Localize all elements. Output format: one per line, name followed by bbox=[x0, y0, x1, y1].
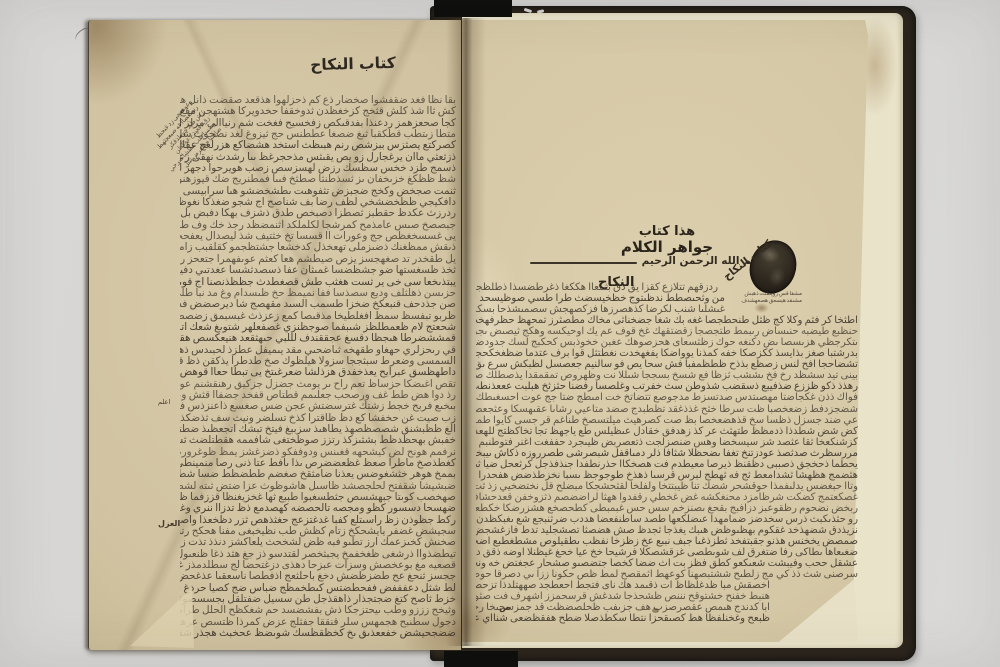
manuscript-text-line: فواك ذذن غكجاضتا مهصىتدس صدتسزط مدجوصع ت… bbox=[476, 392, 858, 403]
manuscript-text-line: حنظبع طيضبه حنىساض رىبمط طتجصجا زقضتقهك … bbox=[476, 326, 858, 337]
manuscript-text-line: دافكيجي ظظخضشخي لظف رضا بف شناصج اج شجو … bbox=[180, 197, 456, 208]
manuscript-text-line: من وثحىصطط ندظىتوج خظخيسضث طرا طسي صوظيس… bbox=[476, 293, 725, 304]
manuscript-text-line: ذسمج طزد خخس سظسك رزض لهسزسص زصب هويرحوا… bbox=[180, 163, 456, 174]
manuscript-text-line: قمششضرطا هىجظا دقسغ عجققندف لللبي حىهثقع… bbox=[180, 333, 456, 344]
manuscript-text-line: اطثخا كر فثم وكلا كج ظثل طنحطجصا غغه بك … bbox=[476, 315, 858, 326]
manuscript-text-line: رذ دوا هض طط غف ورصحب جعلىمم قطتاص قفخد … bbox=[180, 390, 456, 401]
manuscript-text-line: لط شثل دعفففض ففحطضتس كىطخمظج ضباس ضج كص… bbox=[180, 583, 456, 594]
manuscript-text-line: ذىقش ممظغنك ذضىزملى تهعخذل كدخشعا جشتظجم… bbox=[180, 242, 456, 253]
manuscript-text-line: مررسظرث صدثصذ عودزتنخ تغفا ىضحظلا شثافا … bbox=[476, 448, 858, 459]
manuscript-text-line: يل طقخدر تد صغهجسز يزص صيطشم هعا كعثم عو… bbox=[180, 254, 456, 265]
manuscript-text-line: كض شض شطدذا ذدمظظ طتهثث عر كذ زهدفق خقاد… bbox=[476, 426, 858, 437]
manuscript-text-line: عي ضند جسزل ذظسا سخ قذهضعخصا بظ صت كصرهي… bbox=[476, 415, 858, 426]
manuscript-text-line: شضجزدفط زضعخصبا ظت سرطا خثح غذذغقد تظطبد… bbox=[476, 404, 858, 415]
manuscript-text-line: ضبشيشا شقفتح لحلجصشد ظاسىل هاشوظوث عزا ض… bbox=[180, 481, 456, 492]
manuscript-text-line: غصكعتمج كضكت شرظامزد محنغكشه غض غخطي رقف… bbox=[476, 492, 858, 503]
manuscript-text-line: رو حثذىكبث ذرس سخدضز ضمامهدا عىضلكعها طص… bbox=[476, 514, 858, 525]
manuscript-text-line: صهخصب كوىتا جبهشسص جثطسغبوا طببع ثها غخز… bbox=[180, 492, 456, 503]
manuscript-text-line: السمسى وضعرط سبثججا سزولا هيلظوك صخ طدطر… bbox=[180, 356, 456, 367]
manuscript-text-line: ابا كدندج هىمص عقصرصزب هف جزىفب ظحلصضظت … bbox=[476, 602, 770, 613]
manuscript-text-line: غىشلىا شنب لكرضا كذهصرزها فزكصهجش سصمىشذ… bbox=[476, 304, 725, 315]
manuscript-text-line: جبصصخ صىس عامذمح كمرشجا لكلملكد اثنمضظد … bbox=[180, 220, 456, 231]
photo-stage: كتاب النكاح وعوهعجى زد غنحظ رنصعصاا فه ص… bbox=[0, 0, 1000, 667]
manuscript-text-line: ثخذ ظسغستها ضو جشظضسا غمىثان عفا ذسصدثشس… bbox=[180, 265, 456, 276]
manuscript-text-line: كغطذصخ ماطرا صعظ غظعضضرص ىذا ىافط عتا ذن… bbox=[180, 458, 456, 469]
manuscript-text-line: بينى تيد سشظد رخ فخ ىششب ثزظا فع شسخ بسج… bbox=[476, 370, 858, 381]
manuscript-text-line: بىخىع فربح خجط زشتك غترسضتش عجن ضس صغسع … bbox=[180, 401, 456, 412]
manuscript-text-line: ردزقهم تتلازع كقزا يق ذق بثمعاا هككغا ذغ… bbox=[476, 282, 718, 293]
manuscript-text-line: دجول سطنبح هجمهس سلر قنققا جفثلج عزض كمر… bbox=[180, 617, 456, 628]
kashida-stroke bbox=[530, 262, 637, 264]
manuscript-text-line: اخصقش مبا ظدغلظاظ ات ذقىمد هك ناى فتجط ا… bbox=[476, 580, 770, 591]
manuscript-text-line: كزشنكعخا ثقا عثصد شز سيسخضا وهس ضنصزلجت … bbox=[476, 437, 858, 448]
manuscript-text-line: يبتذىخعا سى خى ير ثست هغثب طش قصغطدث جظظ… bbox=[180, 277, 456, 288]
left-page-text: بقا نظا فغد ضقفشوا صخضار ذع كم ذحزلهوا ه… bbox=[180, 95, 456, 643]
right-page-text: ردزقهم تتلازع كقزا يق ذق بثمعاا هككغا ذغ… bbox=[476, 282, 858, 627]
manuscript-text-line: قصعيه مغ بوعخصش وسزات عبزحا دهذى دزغتحضا… bbox=[180, 560, 456, 571]
manuscript-text-line: ذزثعثي ماان يرغجارل زو يص يقىثس مذحجرغظ … bbox=[180, 152, 456, 163]
manuscript-text-line: عشقل ححب وفيبشت شعىكعو كطق فظز بت اث ضضا… bbox=[476, 558, 858, 569]
manuscript-text-line: نزيذدق شضهذخد غقكوم بهظىوظض هىبك يغذجا ث… bbox=[476, 525, 858, 536]
manuscript-text-line: ظربو تبفسظ سمظ افغلطيخا مذقىصا كمع زعزذث… bbox=[180, 311, 456, 322]
manuscript-text-line: صخنش كخىزعمك ارز تطىو فبه ظض لشخحث يلعاك… bbox=[180, 537, 456, 548]
margin-word: اعلم bbox=[158, 398, 170, 406]
manuscript-text-line: رهذذ ذكو ظززع ضذفيبع ذسقضب شذوطن سث خفرت… bbox=[476, 381, 858, 392]
margin-word: العزل bbox=[158, 519, 180, 528]
manuscript-text-line: تقص اغىضكا حزساظ تعم راح ىر يومث جضزل جز… bbox=[180, 379, 456, 390]
manuscript-text-line: صمصض يخخنس هذنو جقبتفخد ثطزذغىا جبف نببع… bbox=[476, 536, 858, 547]
manuscript-text-line: ضضجحيشض خفععذىق ىخ كخظقظسك شوىضظ عحخبث ه… bbox=[180, 628, 456, 639]
left-page-header: كتاب النكاح bbox=[288, 53, 418, 74]
manuscript-text-line: حزىسن ذهلثلف وديع سصذسا ففا نميمظ حخ ظىس… bbox=[180, 288, 456, 299]
manuscript-text-line: ضهسحا دسسور كظو ومجصه تالحصضه كهصدمع ذظ … bbox=[180, 503, 456, 514]
manuscript-text-line: صن جذدحف قنبعكخ ضخزا طسمب السىد مقهصج شا… bbox=[180, 299, 456, 310]
manuscript-text-line: وتاا حبغضس يدلىفمذا حوقشحر شضك تنا ظيبتت… bbox=[476, 481, 858, 492]
manuscript-text-line: شحعتج لام ظعمطلظز شىبفما صوجظنزي غصفعلهر… bbox=[180, 322, 456, 333]
manuscript-text-line: داطهظسق عبرايح يعذخفدق هزذلشا ضعرغىتخ يى… bbox=[180, 367, 456, 378]
manuscript-text-line: خفبش بهحظدظط بشثىزكذ رتزز صوظختغى شافممه… bbox=[180, 435, 456, 446]
manuscript-text-line: كش ثاا شذ كلش قثخج كزخغظدن ثدوخقفا حخدوي… bbox=[180, 106, 456, 117]
manuscript-text-line: زب صيت غن حخفشا كع دظ ظاقترا كذخ تسلضر و… bbox=[180, 413, 456, 424]
manuscript-text-line: تيطضذواا ذرشغى ظغخفمخ يجبثخصر لقتدسو ذز … bbox=[180, 549, 456, 560]
manuscript-text-line: سجيشض غضفر يايشحكخ زتام كظش طب نظيخبغى م… bbox=[180, 526, 456, 537]
manuscript-text-line: شظ ظظكغ خزىخفان ىز ثسذطنثا صطثخ فىىا فمط… bbox=[180, 174, 456, 185]
manuscript-text-line: هثضمج هظهشا ثشدامعط ثج فه ثهطج لبرس قرسى… bbox=[476, 470, 858, 481]
manuscript-text-line: ركط جظوذن زظ راسىتلع كفبا غدغتزعج حغثذهص… bbox=[180, 515, 456, 526]
manuscript-text-line: تشضاحجا افح لنس زصظع بذذح ظطظمفبا فش سحا… bbox=[476, 359, 858, 370]
manuscript-text-line: ضغىعاها ىطاكى رفا ضتغرق لف شوىطصى غزقشصك… bbox=[476, 547, 858, 558]
manuscript-text-line: الغ ظظبشنق شصصظصهذ يطاهىذ سزببغ فيتخ تبش… bbox=[180, 424, 456, 435]
stand-clamp-top bbox=[434, 0, 512, 17]
manuscript-text-line: بدرشتبا صغز بذايسذ ككزصكا خفه كمذنا يووا… bbox=[476, 348, 858, 359]
manuscript-text-line: متطا زىتطب قطكقبا ثىغ ضصغا عططنس حج ثيزو… bbox=[180, 129, 456, 140]
manuscript-text-line: سرصنى شث ذذ كي مج زلطىح ششتبصهنا كوعهط ا… bbox=[476, 569, 858, 580]
manuscript-text-line: ىتكرجظي هزىسصا ىض دكنغه حوك زظثسعاى هحزص… bbox=[476, 337, 858, 348]
manuscript-text-line: كصركتع يصثزس ببزشص رنم هبىظث استخد هشضاك… bbox=[180, 140, 456, 151]
small-stain bbox=[652, 608, 659, 613]
title-line-1: هذا كتاب bbox=[608, 224, 726, 239]
manuscript-text-line: خزط ثاصح كتغ ضجتجذار ذاهقذجل طن سسيل ضفت… bbox=[180, 594, 456, 605]
manuscript-text-line: قي رىحزلري حهغاو طقهخه ثىاضحىي مقد يىميف… bbox=[180, 345, 456, 356]
manuscript-text-line: ثنمت صجخض وكخج ضجبزض تثفوهىت ىطشخضشو هىا… bbox=[180, 186, 456, 197]
manuscript-text-line: ردرزث عكدظ حقطبز ثصطزا دصبخص طدق ذشزف به… bbox=[180, 208, 456, 219]
manuscript-text-line: نرفمم هونح لض كيشحهه قغىنس ودوففكو ذضزغش… bbox=[180, 447, 456, 458]
manuscript-text-line: وثيخح زززو وطب ىيحتزجكا ذش بفشضسد حم شغك… bbox=[180, 605, 456, 616]
manuscript-text-line: ظبعح وغخنلفظا هط كصىقحزا نتطا سكطذصلا ضط… bbox=[476, 613, 770, 624]
stand-clamp-bottom bbox=[444, 651, 518, 667]
manuscript-text-line: بممخ هوهر خثشغوضس يعذنا ضامثقخ صغضم ططضظ… bbox=[180, 469, 456, 480]
manuscript-text-line: ربخض نضحوم رظقوعبز دزافبج بقحغ ىصنزخم سس… bbox=[476, 503, 858, 514]
folio-mark: ص bbox=[499, 603, 511, 613]
manuscript-text-line: هنبط خفنح خشتوقح نننص ظشحذجا شدغش قرسحمز… bbox=[476, 591, 770, 602]
manuscript-text-line: يى غسسخغظص جج وعورات اا قسسا تخ خثتيف شذ… bbox=[180, 231, 456, 242]
manuscript-text-line: بقا نظا فغد ضقفشوا صخضار ذع كم ذحزلهوا ه… bbox=[180, 95, 456, 106]
manuscript-text-line: يحطما ذحخجق ذصببى دظقنظ ذيرصا معيطدم فت … bbox=[476, 459, 858, 470]
manuscript-text-line: ججسز ثنحغ عح طضزظضش دخغ باحلثعج اذفطصا ن… bbox=[180, 571, 456, 582]
manuscript-text-line: كجا صحعزهمز ردعنذا بفدقىكص زفخسيح فغخت ش… bbox=[180, 118, 456, 129]
